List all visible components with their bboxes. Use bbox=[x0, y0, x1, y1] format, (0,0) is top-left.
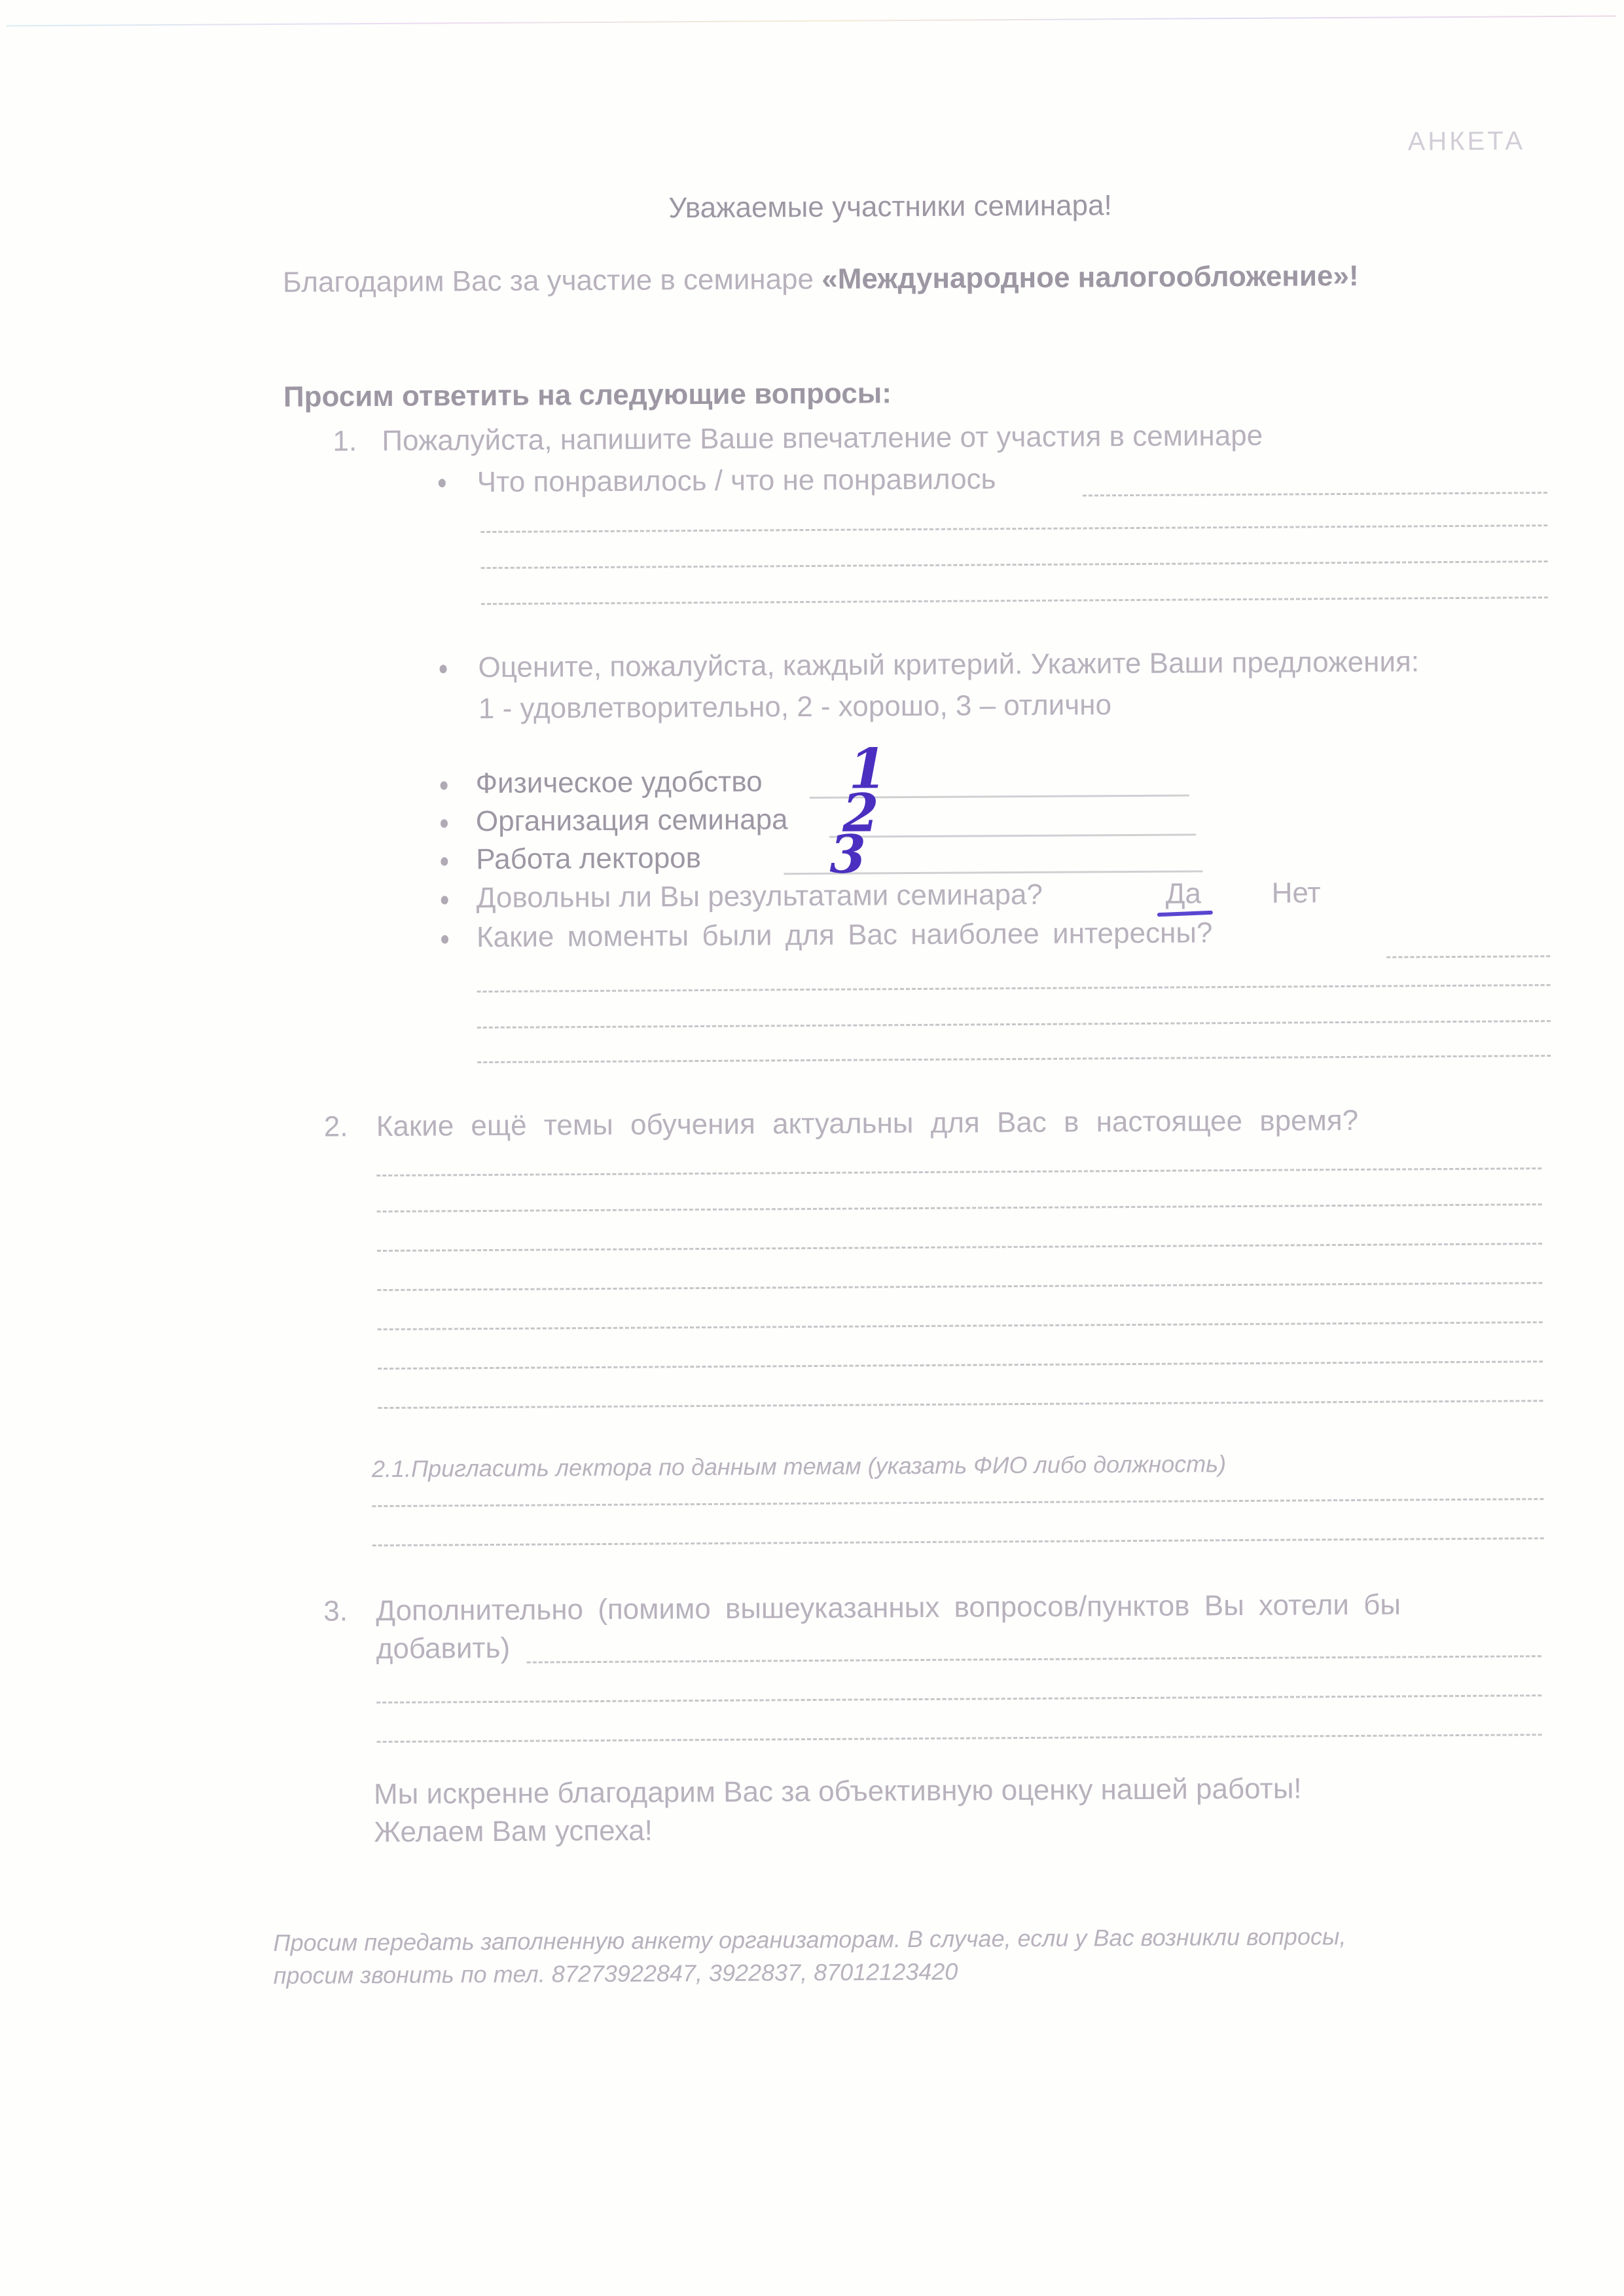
thanks-text: Благодарим Вас за участие в семинаре bbox=[283, 263, 822, 299]
interesting-moments-label: Какие моменты были для Вас наиболее инте… bbox=[477, 919, 1213, 952]
rating-answer-line[interactable] bbox=[829, 833, 1196, 837]
likes-answer-line[interactable] bbox=[481, 560, 1548, 569]
selected-option-underline bbox=[1157, 911, 1213, 917]
greeting-heading: Уважаемые участники семинара! bbox=[668, 191, 1112, 223]
rating-scale: 1 - удовлетворительно, 2 - хорошо, 3 – о… bbox=[478, 691, 1111, 723]
topics-answer-line[interactable] bbox=[376, 1167, 1542, 1176]
questionnaire-page: АНКЕТА Уважаемые участники семинара! Бла… bbox=[0, 0, 1624, 2296]
interesting-answer-line[interactable] bbox=[477, 1020, 1551, 1029]
rating-instruction: Оцените, пожалуйста, каждый критерий. Ук… bbox=[478, 647, 1419, 682]
criterion-organization: Организация семинара bbox=[476, 805, 788, 836]
interesting-answer-line[interactable] bbox=[1386, 955, 1550, 958]
instructions-heading: Просим ответить на следующие вопросы: bbox=[283, 379, 892, 412]
likes-answer-line[interactable] bbox=[480, 524, 1547, 533]
additional-answer-line[interactable] bbox=[376, 1694, 1542, 1704]
seminar-name: «Международное налогообложение»! bbox=[821, 260, 1359, 295]
option-no[interactable]: Нет bbox=[1272, 879, 1321, 907]
bullet-icon bbox=[441, 935, 448, 943]
criterion-lecturers: Работа лекторов bbox=[476, 844, 701, 874]
topics-answer-line[interactable] bbox=[378, 1321, 1543, 1330]
closing-wish: Желаем Вам успеха! bbox=[374, 1817, 653, 1848]
interesting-answer-line[interactable] bbox=[477, 984, 1551, 993]
lecturer-answer-line[interactable] bbox=[372, 1537, 1544, 1546]
question-3-text-cont: добавить) bbox=[376, 1634, 511, 1664]
satisfaction-question: Довольны ли Вы результатами семинара? bbox=[477, 881, 1043, 913]
criterion-physical-comfort: Физическое удобство bbox=[475, 767, 762, 798]
topics-answer-line[interactable] bbox=[377, 1243, 1542, 1252]
question-2-1-number: 2.1. bbox=[372, 1455, 411, 1482]
closing-thanks: Мы искренне благодарим Вас за объективну… bbox=[374, 1774, 1302, 1809]
additional-answer-line[interactable] bbox=[527, 1655, 1542, 1663]
footer-contacts: просим звонить по тел. 87273922847, 3922… bbox=[274, 1960, 958, 1988]
bullet-icon bbox=[441, 896, 448, 904]
footer-instruction: Просим передать заполненную анкету орган… bbox=[273, 1925, 1346, 1955]
question-3-number: 3. bbox=[323, 1597, 348, 1626]
scan-edge bbox=[7, 15, 1617, 26]
bullet-icon bbox=[439, 479, 446, 487]
thanks-line: Благодарим Вас за участие в семинаре «Ме… bbox=[283, 262, 1359, 297]
option-yes[interactable]: Да bbox=[1166, 879, 1202, 908]
likes-answer-line[interactable] bbox=[481, 596, 1548, 605]
likes-answer-line[interactable] bbox=[1083, 492, 1547, 496]
topics-answer-line[interactable] bbox=[378, 1400, 1543, 1409]
bullet-icon bbox=[441, 857, 448, 866]
question-2-1: 2.1.Пригласить лектора по данным темам (… bbox=[372, 1452, 1226, 1481]
question-1-number: 1. bbox=[333, 427, 357, 456]
question-2-text: Какие ещё темы обучения актуальны для Ва… bbox=[376, 1106, 1359, 1141]
corner-mark: АНКЕТА bbox=[1408, 126, 1526, 156]
question-1-text: Пожалуйста, напишите Ваше впечатление от… bbox=[382, 422, 1263, 456]
bullet-icon bbox=[441, 781, 448, 790]
likes-label: Что понравилось / что не понравилось bbox=[477, 465, 996, 497]
topics-answer-line[interactable] bbox=[377, 1203, 1542, 1212]
topics-answer-line[interactable] bbox=[378, 1360, 1543, 1370]
additional-answer-line[interactable] bbox=[377, 1734, 1542, 1743]
interesting-answer-line[interactable] bbox=[477, 1055, 1551, 1063]
lecturer-answer-line[interactable] bbox=[372, 1498, 1543, 1507]
question-2-number: 2. bbox=[324, 1112, 348, 1141]
bullet-icon bbox=[441, 819, 448, 828]
question-3-text: Дополнительно (помимо вышеуказанных вопр… bbox=[376, 1591, 1401, 1626]
topics-answer-line[interactable] bbox=[377, 1282, 1542, 1291]
question-2-1-text: Пригласить лектора по данным темам (указ… bbox=[411, 1450, 1226, 1482]
bullet-icon bbox=[440, 665, 447, 673]
rating-lecturers[interactable]: 3 bbox=[829, 823, 866, 884]
